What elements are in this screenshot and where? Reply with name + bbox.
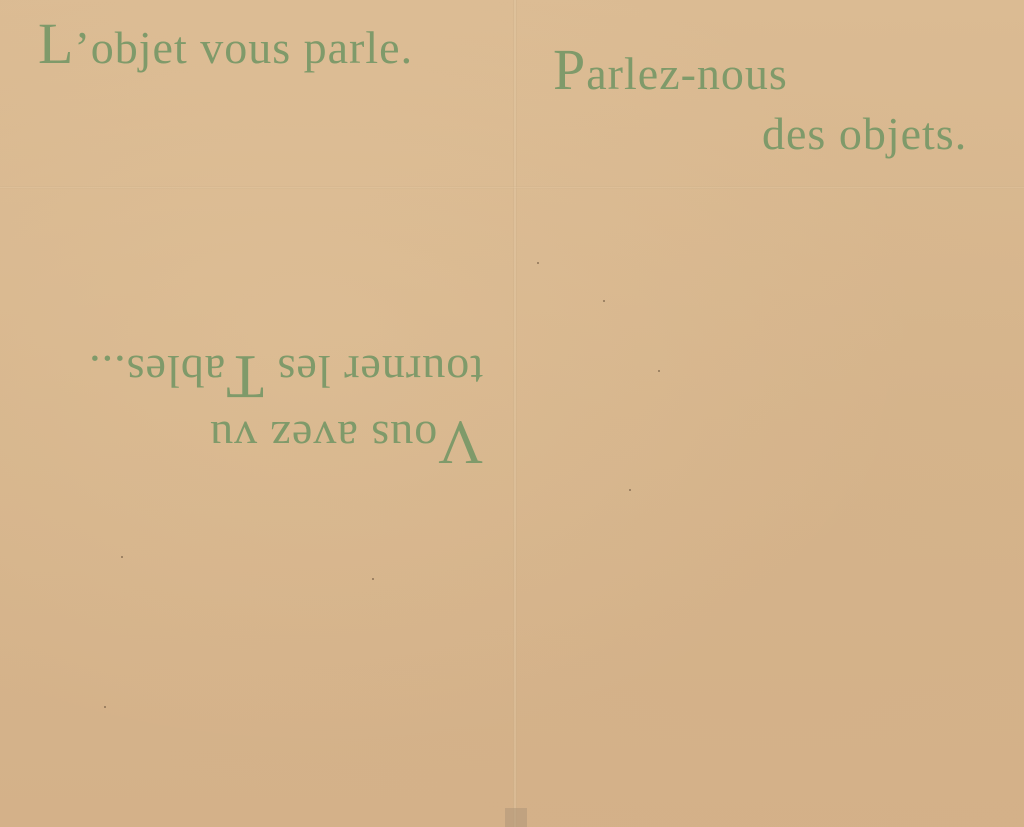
tape-mark	[505, 808, 527, 827]
line-vous-avez-vu: Vous avez vu	[209, 409, 483, 470]
drop-initial: V	[437, 408, 483, 476]
heading-objet-vous-parle: L’objet vous parle.	[38, 14, 413, 78]
paper-speck	[104, 706, 106, 708]
upside-down-text-block: Vous avez vu tourner les Tables...	[38, 330, 483, 470]
heading-text: arlez-nous	[586, 48, 788, 99]
heading-text: ’objet vous parle.	[74, 22, 413, 73]
line-text: tourner les	[264, 346, 483, 397]
heading-text: des objets.	[762, 108, 967, 159]
horizontal-fold-line	[0, 186, 1024, 189]
paper-speck	[537, 262, 539, 264]
vertical-fold-line	[513, 0, 517, 827]
paper-speck	[121, 556, 123, 558]
drop-initial: T	[225, 342, 264, 410]
line-tourner-les-tables: tourner les Tables...	[88, 343, 483, 404]
heading-des-objets: des objets.	[762, 104, 967, 164]
drop-initial: L	[38, 11, 74, 76]
line-text: ables...	[88, 346, 225, 397]
paper-speck	[658, 370, 660, 372]
paper-speck	[603, 300, 605, 302]
line-text: ous avez vu	[209, 412, 437, 463]
drop-initial: P	[553, 37, 586, 102]
heading-parlez-nous: Parlez-nous	[553, 40, 788, 104]
paper-speck	[372, 578, 374, 580]
paper-speck	[629, 489, 631, 491]
